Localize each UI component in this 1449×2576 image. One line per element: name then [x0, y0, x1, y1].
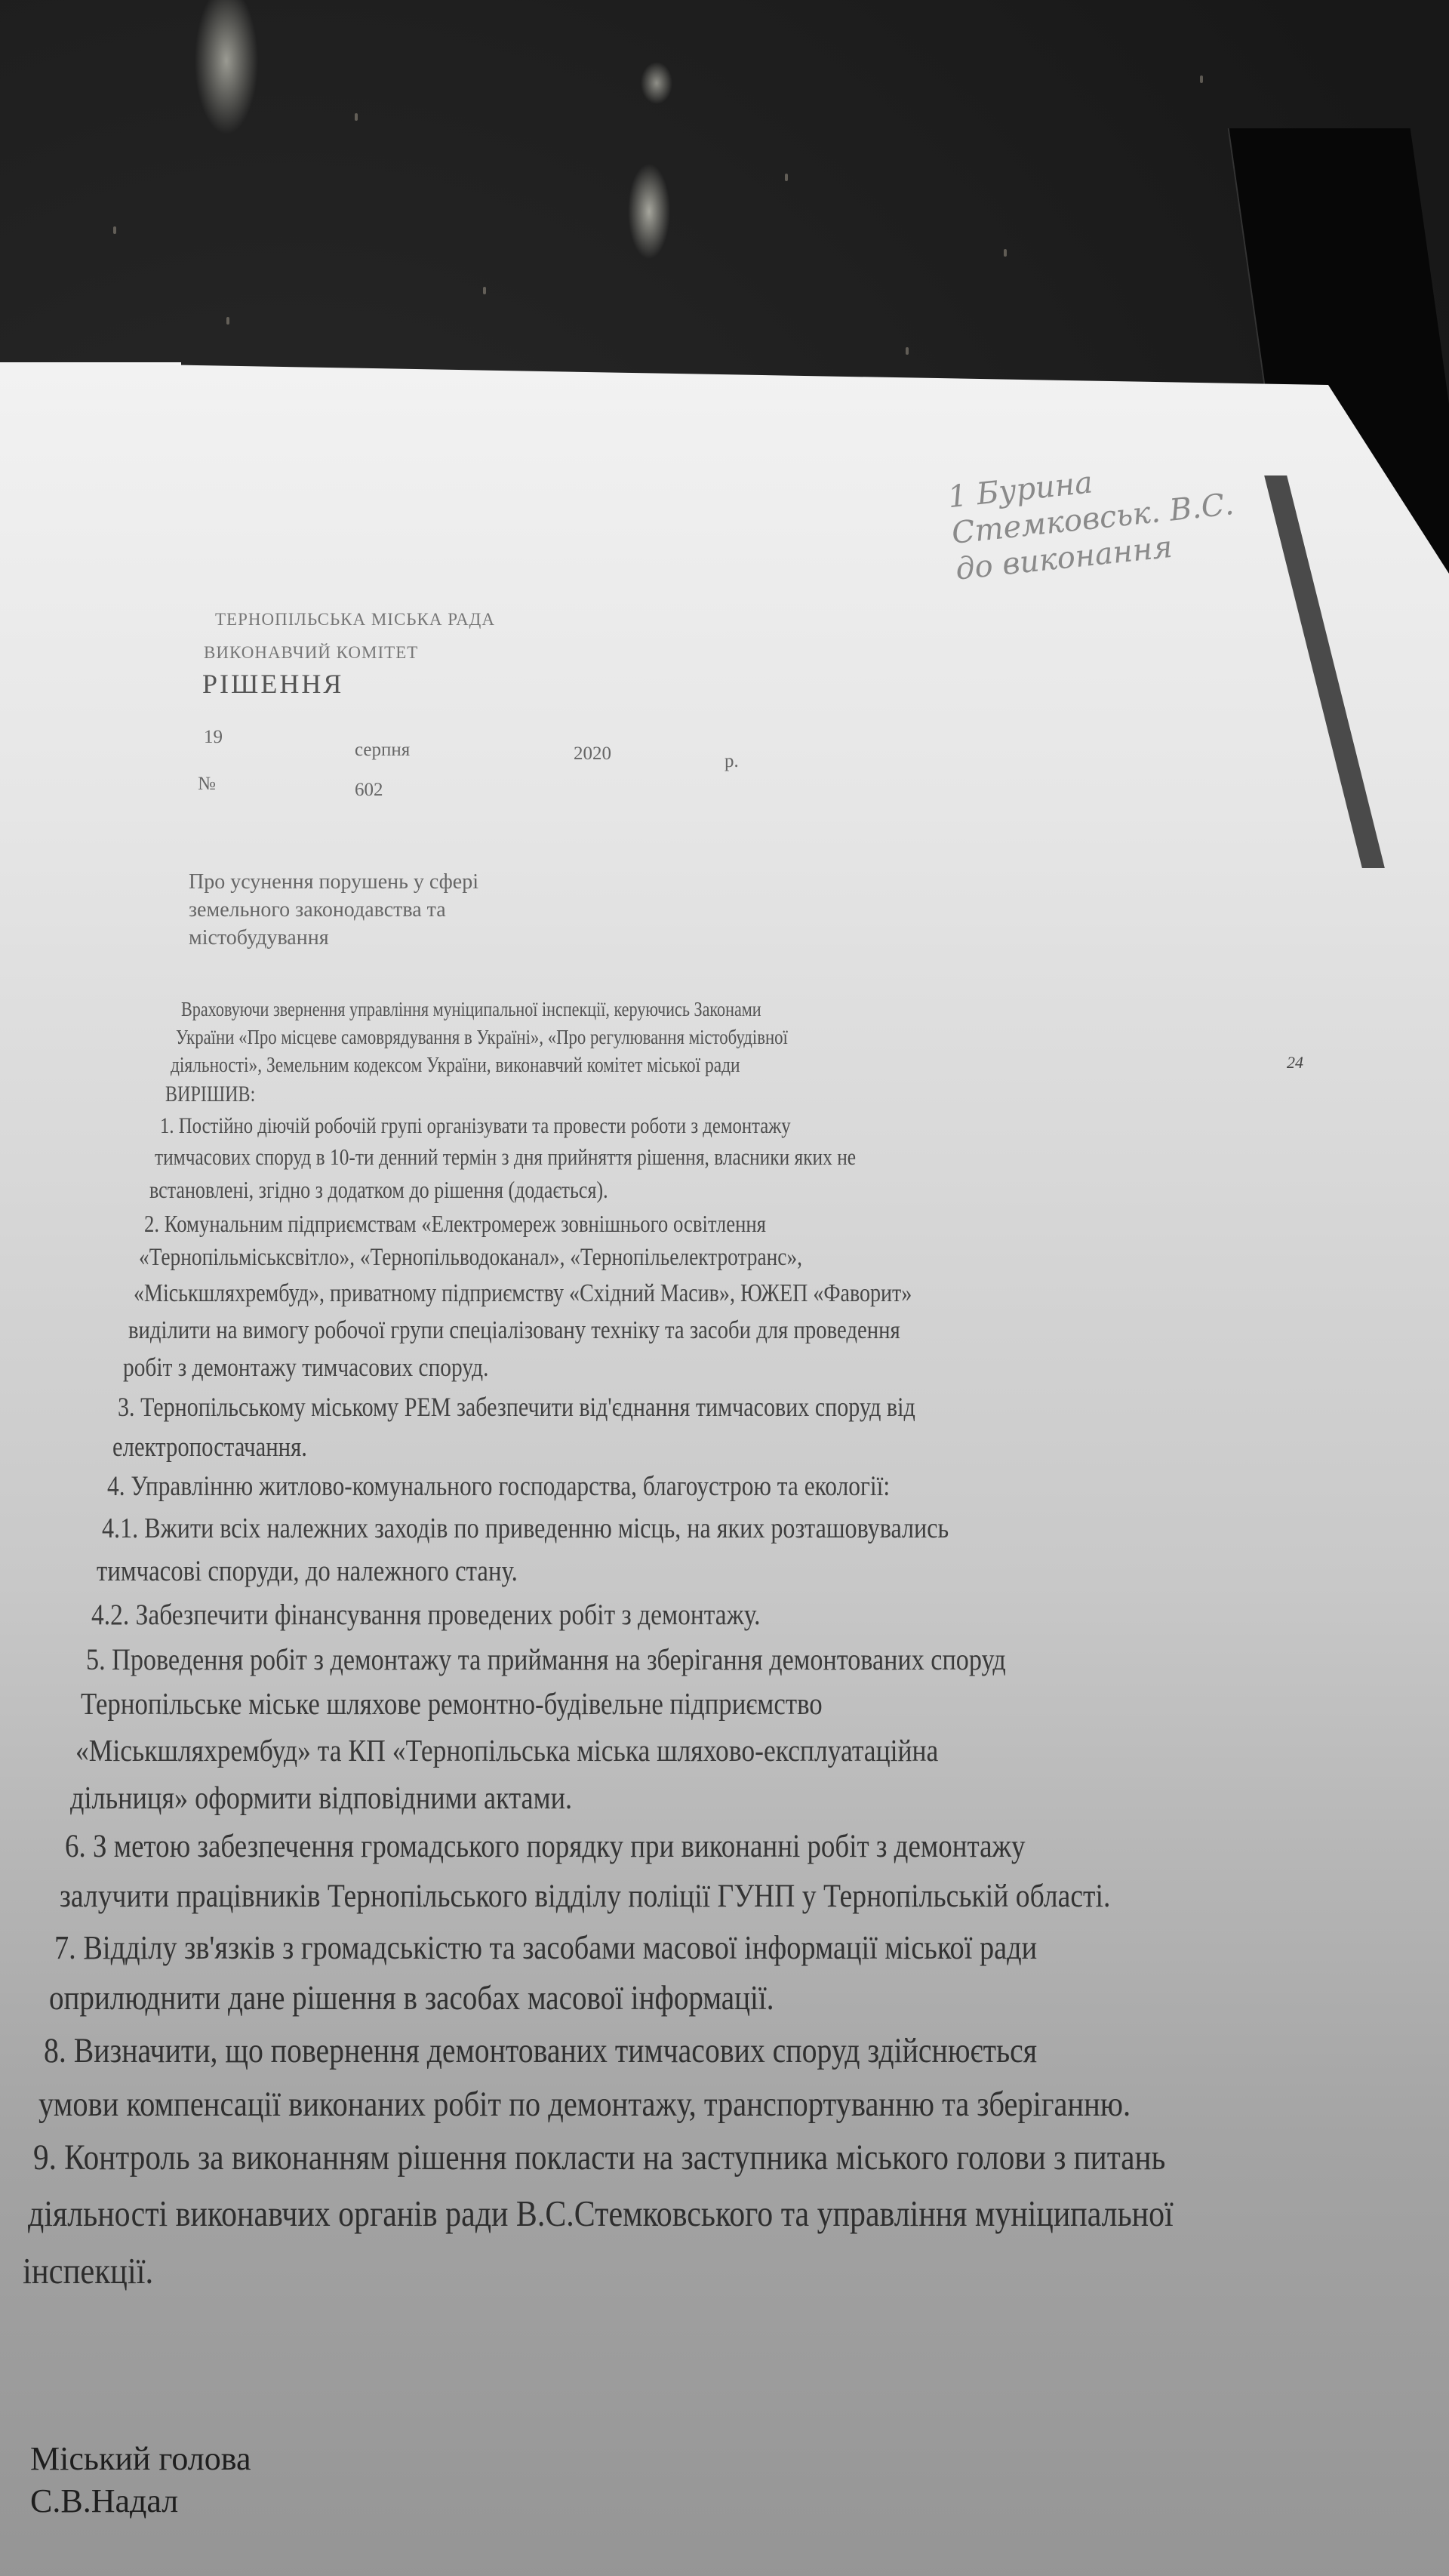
- item-2-line: «Міськшляхрембуд», приватному підприємст…: [134, 1279, 912, 1308]
- item-1-line: тимчасових споруд в 10-ти денний термін …: [155, 1144, 856, 1171]
- item-10-line: 8. Визначити, що повернення демонтованих…: [44, 2030, 1037, 2070]
- subject-line: містобудування: [189, 924, 672, 952]
- item-1-line: 1. Постійно діючій робочій групі організ…: [160, 1113, 791, 1139]
- subject-line: Про усунення порушень у сфері: [189, 868, 672, 896]
- item-7-line: 5. Проведення робіт з демонтажу та прийм…: [86, 1642, 1006, 1677]
- item-11-line: діяльності виконавчих органів ради В.С.С…: [28, 2193, 1174, 2235]
- council-name: ТЕРНОПІЛЬСЬКА МІСЬКА РАДА: [215, 610, 495, 629]
- preamble-line: діяльності», Земельним кодексом України,…: [171, 1054, 740, 1078]
- date-year-suffix: р.: [724, 751, 739, 772]
- item-2-line: робіт з демонтажу тимчасових споруд.: [123, 1353, 488, 1383]
- signatory-title: Міський голова: [30, 2438, 251, 2480]
- item-2-line: «Тернопільміськсвітло», «Тернопільводока…: [139, 1244, 802, 1272]
- signature-block: Міський голова С.В.Надал: [30, 2438, 251, 2522]
- handwritten-resolution-note: 1 Бурина Стемковськ. В.С. до виконання: [946, 442, 1318, 587]
- preamble-line: Враховуючи звернення управління муніципа…: [181, 998, 761, 1021]
- item-3-line: 3. Тернопільському міському РЕМ забезпеч…: [118, 1391, 915, 1423]
- item-9-line: оприлюднити дане рішення в засобах масов…: [49, 1978, 774, 2017]
- item-2-line: 2. Комунальним підприємствам «Електромер…: [144, 1210, 766, 1238]
- item-10-line: умови компенсації виконаних робіт по дем…: [38, 2084, 1131, 2125]
- decision-subject: Про усунення порушень у сфері земельного…: [189, 868, 672, 952]
- decision-document: ТЕРНОПІЛЬСЬКА МІСЬКА РАДА ВИКОНАВЧИЙ КОМ…: [0, 0, 1449, 2576]
- date-year: 2020: [574, 743, 611, 765]
- item-7-line: «Міськшляхрембуд» та КП «Тернопільська м…: [75, 1733, 938, 1769]
- margin-mark: 24: [1287, 1053, 1303, 1073]
- item-4-line: 4. Управлінню житлово-комунального госпо…: [107, 1470, 890, 1503]
- item-8-line: 6. З метою забезпечення громадського пор…: [65, 1828, 1025, 1865]
- date-day: 19: [204, 727, 223, 748]
- number-label: №: [198, 774, 216, 795]
- item-9-line: 7. Відділу зв'язків з громадськістю та з…: [54, 1928, 1037, 1967]
- subject-line: земельного законодавства та: [189, 896, 672, 924]
- item-11-line: інспекції.: [23, 2249, 153, 2292]
- item-3-line: електропостачання.: [112, 1430, 307, 1463]
- item-5-line: 4.1. Вжити всіх належних заходів по прив…: [102, 1512, 949, 1545]
- item-7-line: дільниця» оформити відповідними актами.: [70, 1780, 572, 1817]
- preamble-line: України «Про місцеве самоврядування в Ук…: [176, 1025, 788, 1049]
- item-11-line: 9. Контроль за виконанням рішення поклас…: [33, 2137, 1165, 2178]
- document-type-title: РІШЕННЯ: [202, 668, 343, 700]
- item-1-line: встановлені, згідно з додатком до рішенн…: [149, 1177, 608, 1204]
- item-7-line: Тернопільське міське шляхове ремонтно-бу…: [81, 1686, 823, 1722]
- item-6-line: 4.2. Забезпечити фінансування проведених…: [91, 1597, 761, 1632]
- document-number: 602: [355, 780, 383, 801]
- item-5-line: тимчасові споруди, до належного стану.: [97, 1554, 518, 1588]
- item-2-line: виділити на вимогу робочої групи спеціал…: [128, 1316, 900, 1345]
- date-month: серпня: [355, 740, 410, 761]
- preamble-line: ВИРІШИВ:: [165, 1082, 255, 1107]
- item-8-line: залучити працівників Тернопільського від…: [60, 1877, 1110, 1915]
- signatory-name: С.В.Надал: [30, 2480, 251, 2522]
- committee-name: ВИКОНАВЧИЙ КОМІТЕТ: [204, 643, 418, 663]
